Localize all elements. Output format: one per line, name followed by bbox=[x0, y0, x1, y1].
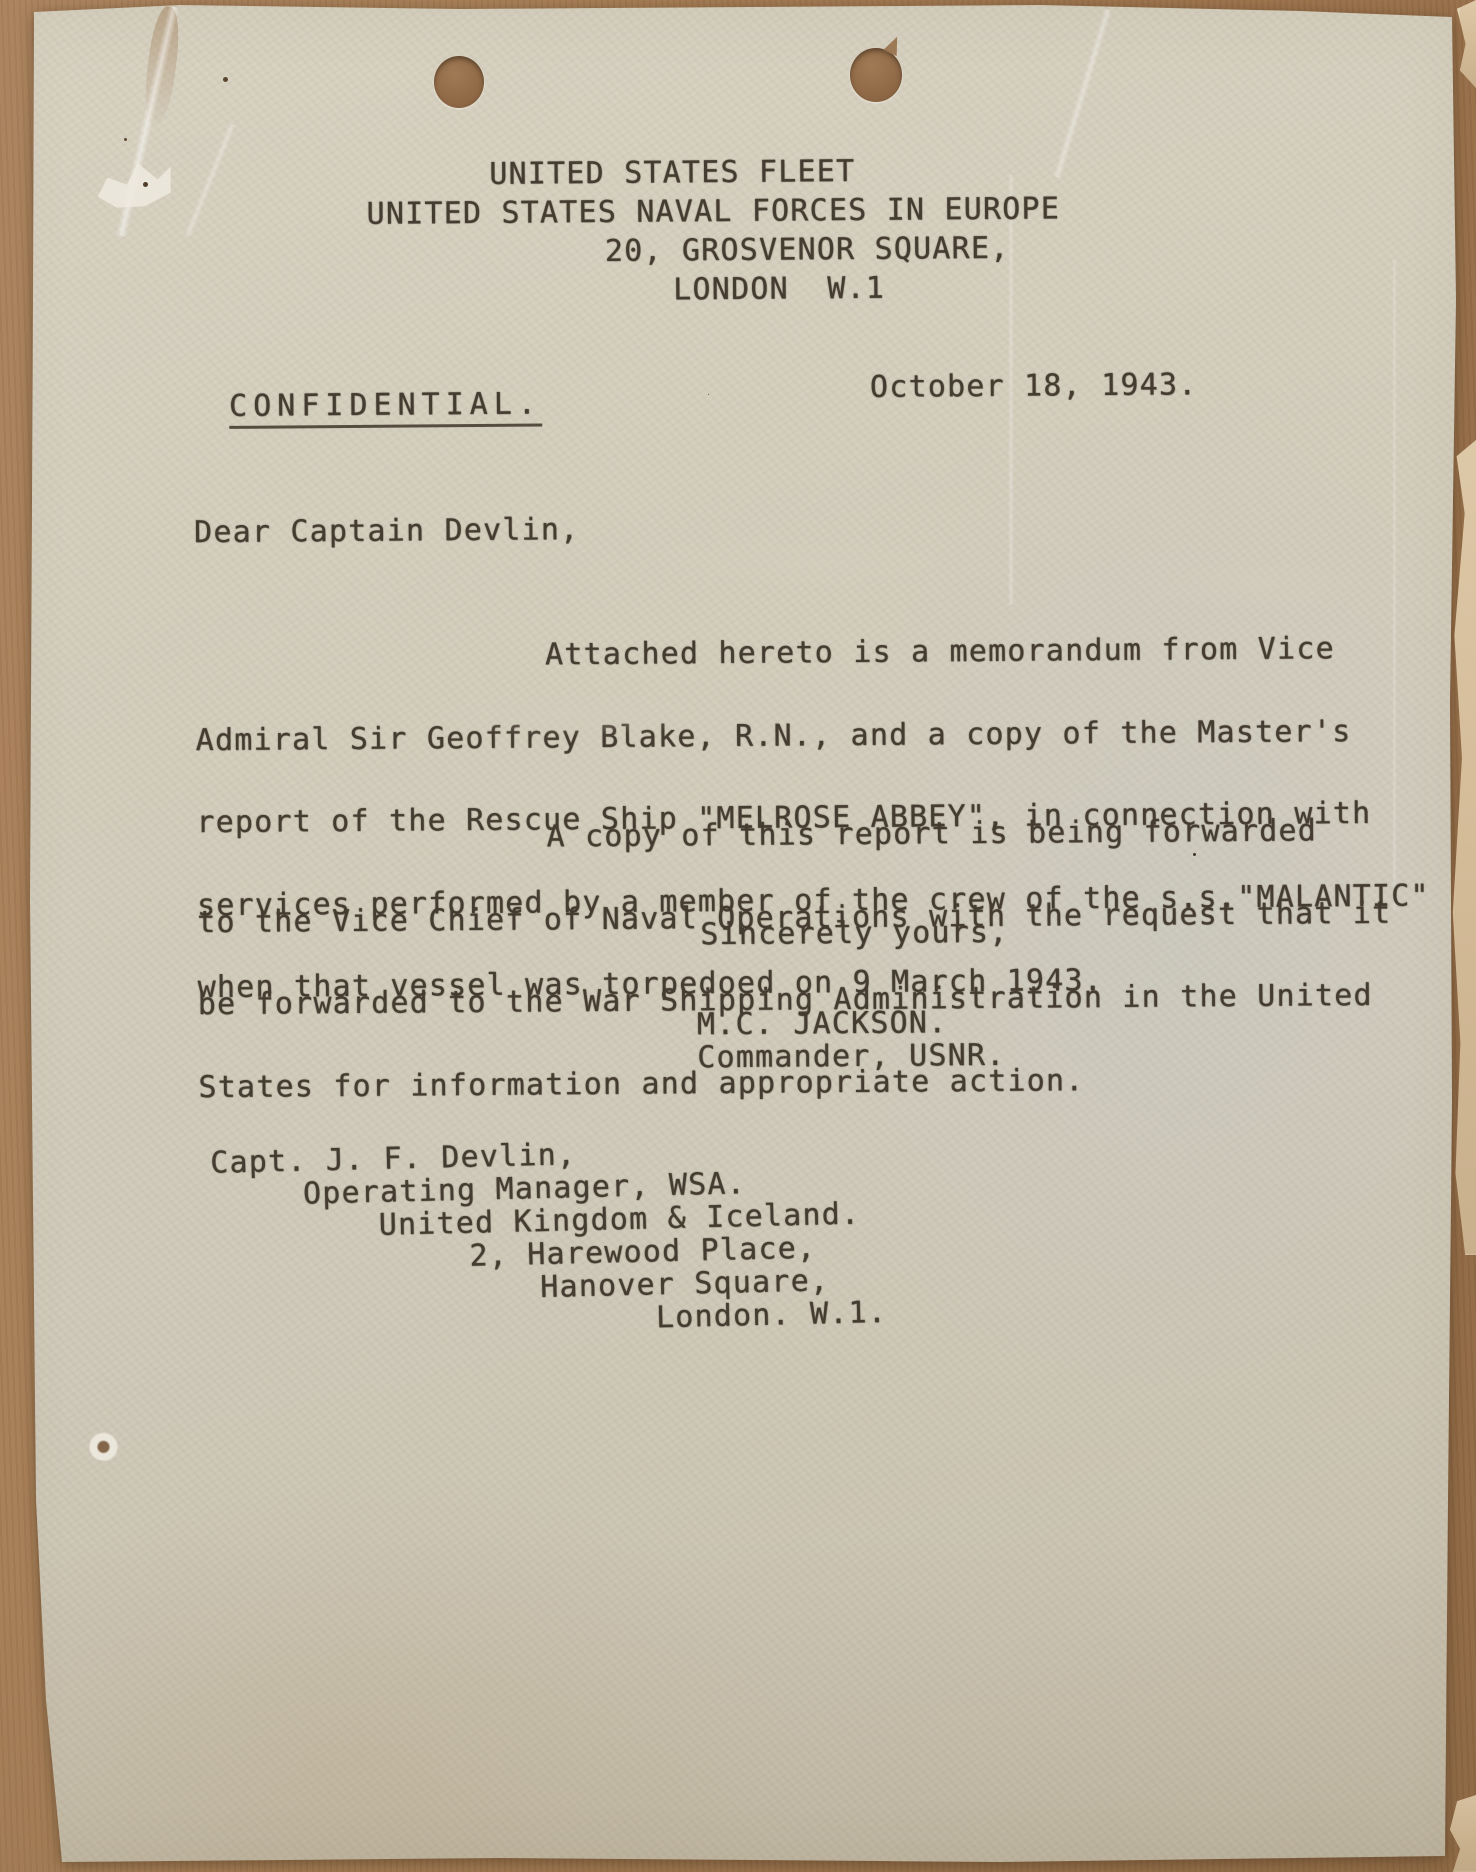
classification-stamp: CONFIDENTIAL. bbox=[229, 390, 542, 428]
body-paragraph-2: A copy of this report is being forwarded… bbox=[196, 762, 1393, 1156]
typewritten-text-layer: UNITED STATES FLEET UNITED STATES NAVAL … bbox=[0, 0, 1476, 1872]
salutation: Dear Captain Devlin, bbox=[194, 516, 579, 547]
signature-title: Commander, USNR. bbox=[697, 1042, 1005, 1072]
paragraph-1-line: Attached hereto is a memorandum from Vic… bbox=[195, 634, 1428, 671]
letterhead-line-city: LONDON W.1 bbox=[673, 275, 885, 304]
paragraph-2-line: A copy of this report is being forwarded bbox=[196, 817, 1390, 854]
date-line: October 18, 1943. bbox=[870, 371, 1198, 401]
complimentary-closing: Sincerely yours, bbox=[700, 919, 1008, 949]
scanned-letter-page: UNITED STATES FLEET UNITED STATES NAVAL … bbox=[0, 0, 1476, 1872]
letterhead-line-fleet: UNITED STATES FLEET bbox=[489, 158, 855, 188]
recipient-address-block: Capt. J. F. Devlin, Operating Manager, W… bbox=[2, 1120, 1476, 1375]
letterhead-line-naval-forces: UNITED STATES NAVAL FORCES IN EUROPE bbox=[367, 195, 1061, 228]
signature-name: M.C. JACKSON. bbox=[697, 1009, 948, 1038]
recipient-line: London. W.1. bbox=[656, 1299, 888, 1332]
letterhead-line-street: 20, GROSVENOR SQUARE, bbox=[605, 235, 1010, 266]
paragraph-1-line: Admiral Sir Geoffrey Blake, R.N., and a … bbox=[196, 717, 1429, 754]
